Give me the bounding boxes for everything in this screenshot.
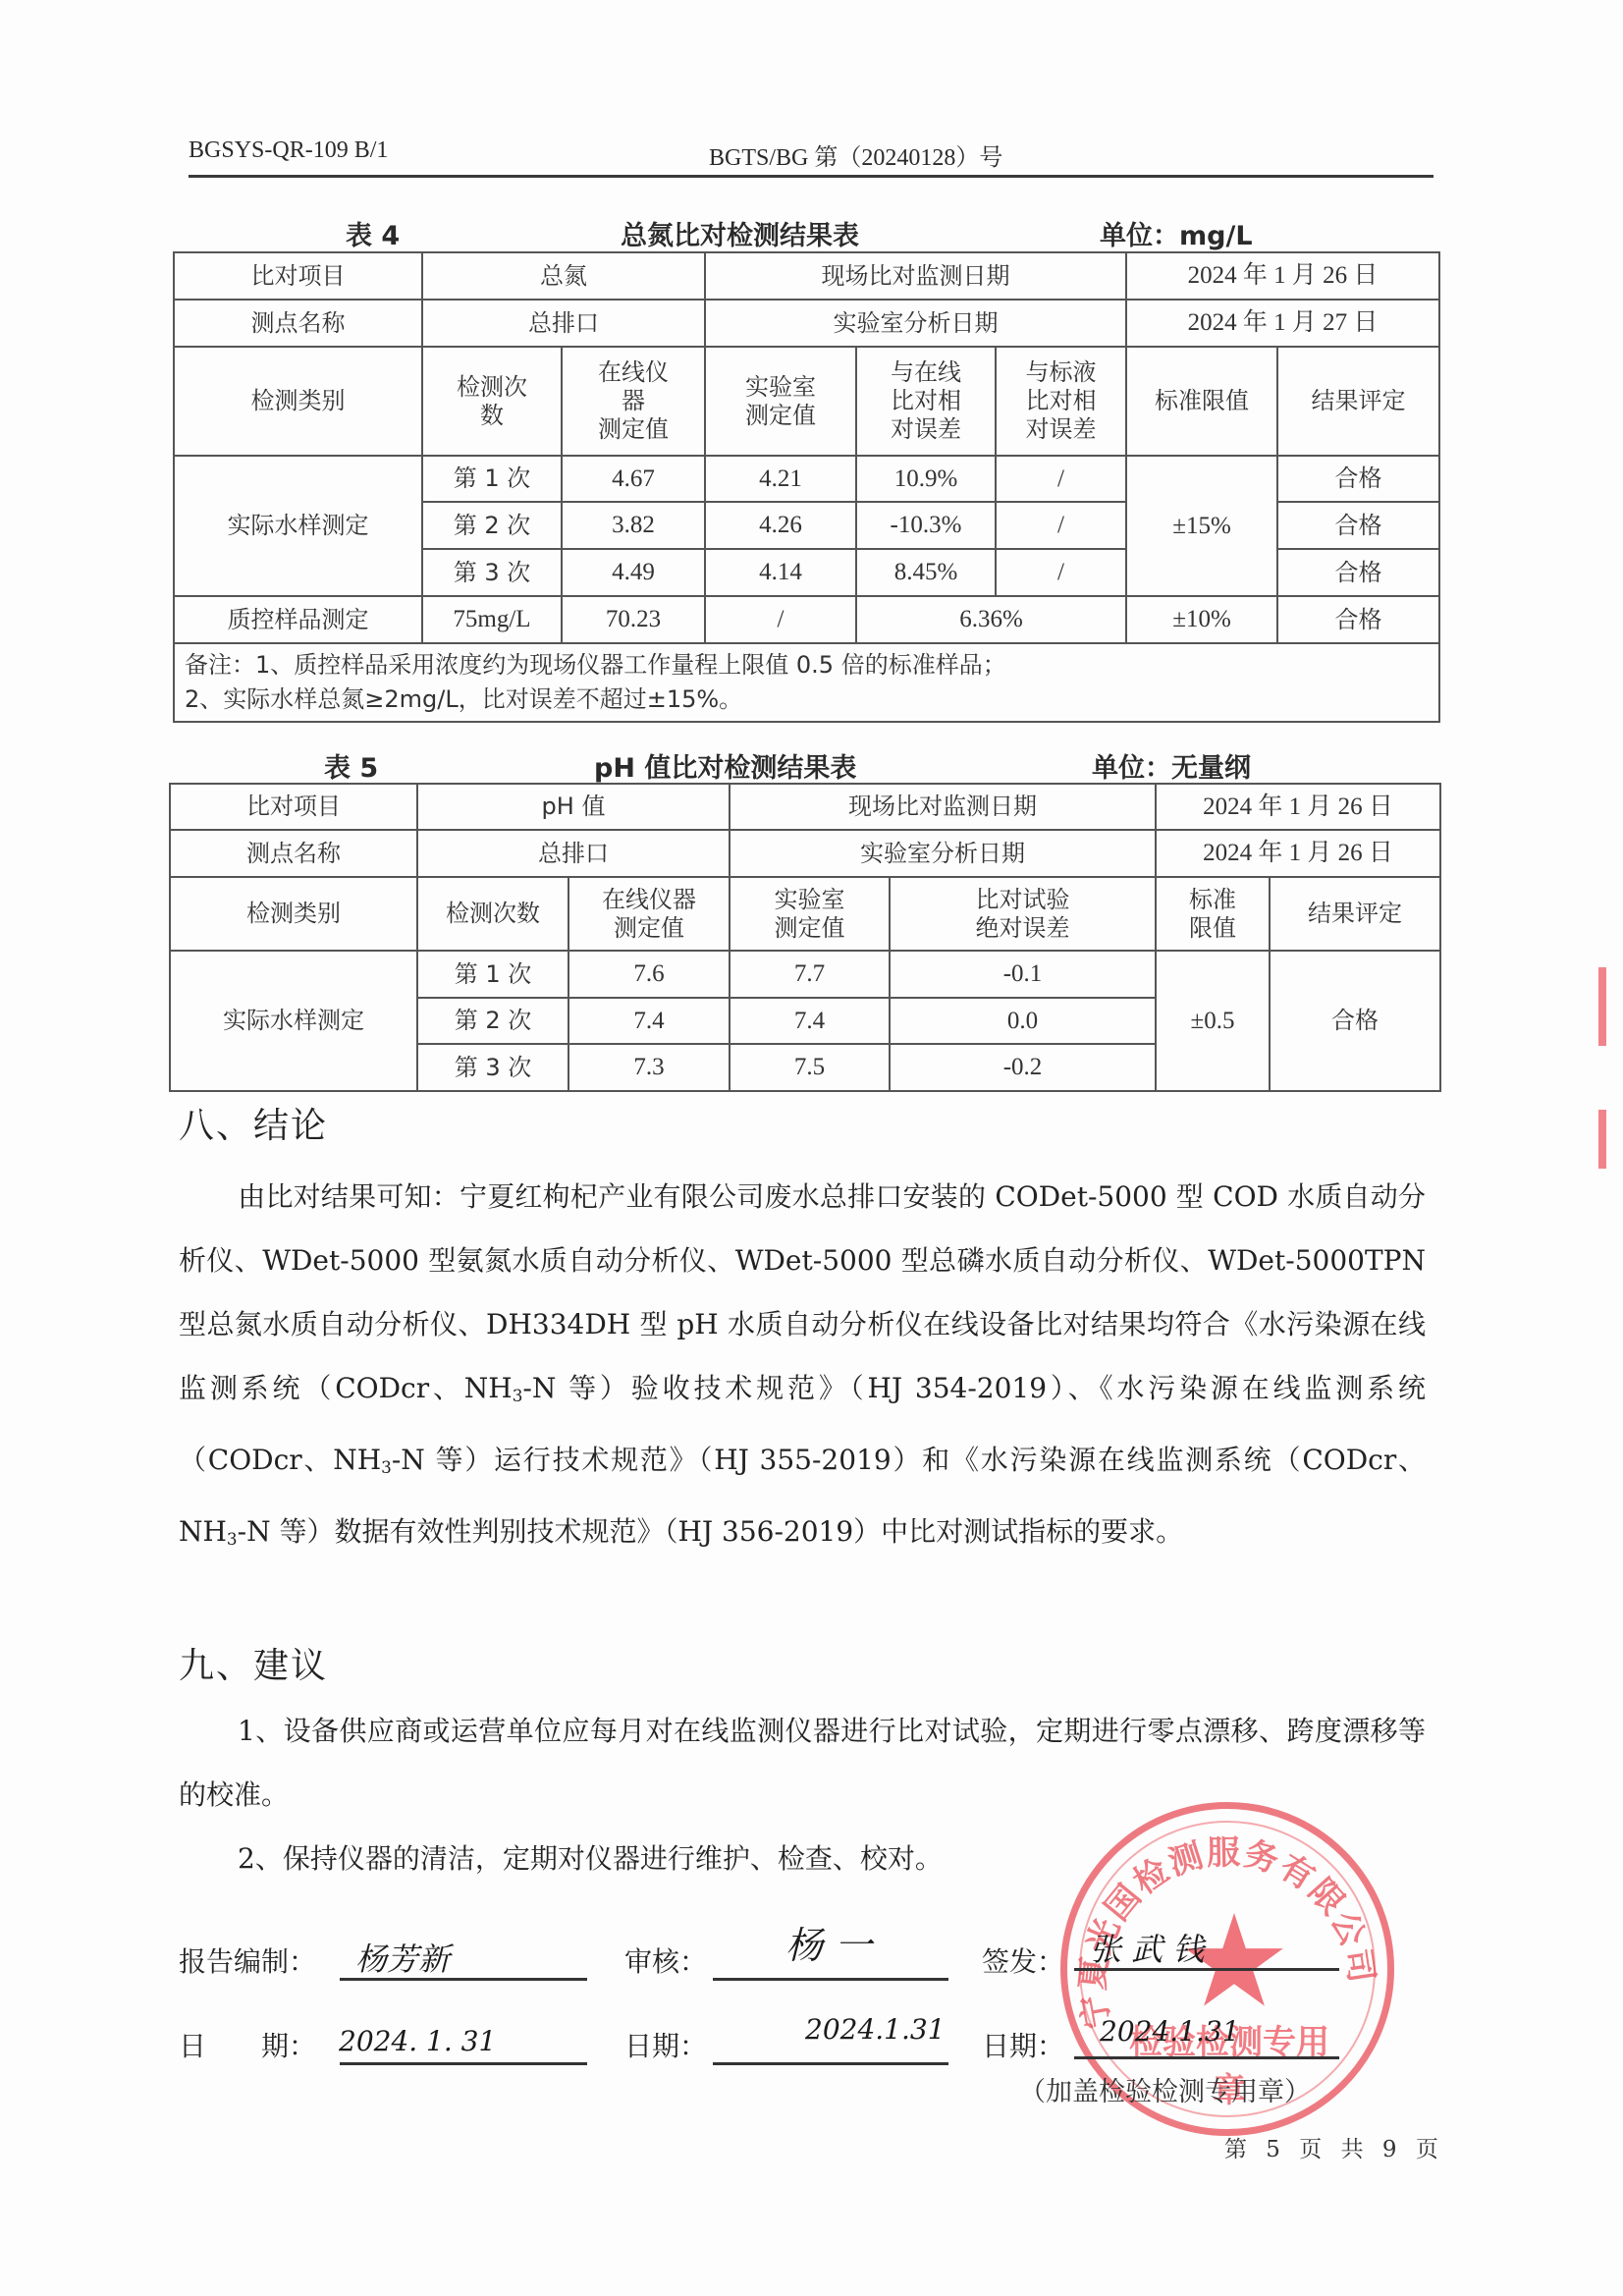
- col-header: 标准限值: [1126, 347, 1277, 456]
- table4-meta-row: 比对项目 总氮 现场比对监测日期 2024 年 1 月 26 日: [174, 252, 1439, 300]
- lab-value: 4.14: [705, 549, 856, 596]
- online-value: 3.82: [562, 502, 705, 549]
- header-line: 标准: [1189, 886, 1236, 913]
- suggestion-text: 1、设备供应商或运营单位应每月对在线监测仪器进行比对试验，定期进行零点漂移、跨度…: [179, 1715, 1426, 1811]
- header-line: 数: [480, 402, 504, 429]
- col-header: 检测类别: [174, 347, 422, 456]
- qc-limit: ±10%: [1126, 596, 1277, 643]
- meta-key: 测点名称: [170, 830, 417, 877]
- lab-value: 7.7: [730, 951, 890, 998]
- suggestion-text: 2、保持仪器的清洁，定期对仪器进行维护、检查、校对。: [238, 1842, 943, 1875]
- header-line: 实验室: [775, 886, 845, 913]
- table5-header-row: 检测类别 检测次数 在线仪器测定值 实验室测定值 比对试验绝对误差 标准限值 结…: [170, 877, 1440, 951]
- col-header: 检测次数: [417, 877, 568, 951]
- result-cell: 合格: [1270, 951, 1440, 1091]
- form-code: BGSYS-QR-109 B/1: [189, 137, 388, 164]
- count-cell: 第 1 次: [422, 456, 562, 502]
- header-line: 与在线: [891, 358, 961, 386]
- result-cell: 合格: [1277, 502, 1439, 549]
- table4-total-nitrogen: 比对项目 总氮 现场比对监测日期 2024 年 1 月 26 日 测点名称 总排…: [173, 251, 1440, 723]
- online-value: 7.3: [568, 1044, 730, 1091]
- result-cell: 合格: [1277, 549, 1439, 596]
- rel-error-online: 8.45%: [856, 549, 996, 596]
- rel-error-std: /: [996, 456, 1126, 502]
- online-value: 4.67: [562, 456, 705, 502]
- col-header: 结果评定: [1277, 347, 1439, 456]
- count-cell: 第 3 次: [422, 549, 562, 596]
- date-label-1: 日 期：: [179, 2025, 316, 2064]
- col-header: 实验室测定值: [730, 877, 890, 951]
- prepared-by-line: [340, 1978, 587, 1981]
- lab-value: 4.21: [705, 456, 856, 502]
- col-header: 检测类别: [170, 877, 417, 951]
- date-line-2: [713, 2062, 948, 2065]
- count-cell: 第 2 次: [422, 502, 562, 549]
- suggestion-item: 1、设备供应商或运营单位应每月对在线监测仪器进行比对试验，定期进行零点漂移、跨度…: [179, 1699, 1426, 1827]
- count-cell: 第 1 次: [417, 951, 568, 998]
- issued-by-label: 签发：: [982, 1941, 1064, 1980]
- result-cell: 合格: [1277, 456, 1439, 502]
- table4-unit: 单位：mg/L: [1100, 214, 1253, 252]
- standard-limit: ±15%: [1126, 456, 1277, 596]
- seam-stamp-fragment: [1598, 1110, 1606, 1169]
- table4-title: 总氮比对检测结果表: [621, 214, 859, 252]
- seam-stamp-fragment: [1598, 967, 1606, 1046]
- header-line: 绝对误差: [976, 914, 1070, 942]
- abs-error: -0.1: [890, 951, 1156, 998]
- col-header: 在线仪器测定值: [562, 347, 705, 456]
- issued-by-signature: 张 武 钱: [1090, 1925, 1204, 1970]
- date-value-1: 2024. 1. 31: [339, 2025, 496, 2057]
- date-line-1: [340, 2062, 587, 2065]
- qc-row: 质控样品测定 75mg/L 70.23 / 6.36% ±10% 合格: [174, 596, 1439, 643]
- table4-label: 表 4: [346, 214, 400, 252]
- table4-meta-row: 测点名称 总排口 实验室分析日期 2024 年 1 月 27 日: [174, 300, 1439, 347]
- date-value-2: 2024.1.31: [805, 2013, 946, 2046]
- header-line: 实验室: [745, 373, 816, 401]
- meta-value: 总排口: [417, 830, 730, 877]
- header-line: 对误差: [891, 415, 961, 443]
- meta-key: 现场比对监测日期: [705, 252, 1126, 300]
- header-line: 比对相: [891, 387, 961, 414]
- conclusion-text: 由比对结果可知：宁夏红枸杞产业有限公司废水总排口安装的 CODet-5000 型…: [179, 1180, 1426, 1404]
- rel-error-std: /: [996, 549, 1126, 596]
- group-label: 实际水样测定: [170, 951, 417, 1091]
- meta-key: 测点名称: [174, 300, 422, 347]
- col-header: 与在线比对相对误差: [856, 347, 996, 456]
- qc-online-value: 70.23: [562, 596, 705, 643]
- note-line: 2、实际水样总氮≥2mg/L，比对误差不超过±15%。: [185, 685, 742, 713]
- suggestion-item: 2、保持仪器的清洁，定期对仪器进行维护、检查、校对。: [179, 1827, 1426, 1890]
- abs-error: -0.2: [890, 1044, 1156, 1091]
- meta-date: 2024 年 1 月 27 日: [1126, 300, 1439, 347]
- abs-error: 0.0: [890, 998, 1156, 1044]
- col-header: 与标液比对相对误差: [996, 347, 1126, 456]
- rel-error-std: /: [996, 502, 1126, 549]
- qc-concentration: 75mg/L: [422, 596, 562, 643]
- reviewed-by-line: [713, 1978, 948, 1981]
- meta-key: 现场比对监测日期: [730, 784, 1156, 830]
- meta-date: 2024 年 1 月 26 日: [1126, 252, 1439, 300]
- date-label-3: 日期：: [982, 2025, 1064, 2064]
- rel-error-online: 10.9%: [856, 456, 996, 502]
- col-header: 在线仪器测定值: [568, 877, 730, 951]
- header-line: 测定值: [598, 415, 669, 443]
- header-line: 测定值: [775, 914, 845, 942]
- table-row: 实际水样测定 第 1 次 7.6 7.7 -0.1 ±0.5 合格: [170, 951, 1440, 998]
- table5-unit: 单位：无量纲: [1092, 746, 1251, 785]
- date-line-3: [1074, 2056, 1339, 2059]
- prepared-by-label: 报告编制：: [179, 1941, 316, 1980]
- online-value: 7.6: [568, 951, 730, 998]
- meta-key: 比对项目: [170, 784, 417, 830]
- stamp-note: （加盖检验检测专用章）: [1019, 2070, 1311, 2108]
- count-cell: 第 2 次: [417, 998, 568, 1044]
- header-line: 检测次: [457, 373, 527, 401]
- table5-ph: 比对项目 pH 值 现场比对监测日期 2024 年 1 月 26 日 测点名称 …: [169, 783, 1441, 1092]
- qc-lab-value: /: [705, 596, 856, 643]
- report-number: BGTS/BG 第（20240128）号: [709, 137, 1002, 172]
- suggestions-heading: 九、建议: [179, 1638, 328, 1688]
- notes-cell: 备注：1、质控样品采用浓度约为现场仪器工作量程上限值 0.5 倍的标准样品；2、…: [174, 643, 1439, 722]
- meta-key: 比对项目: [174, 252, 422, 300]
- header-line: 比对相: [1026, 387, 1097, 414]
- count-cell: 第 3 次: [417, 1044, 568, 1091]
- header-line: 在线仪: [598, 358, 669, 386]
- conclusion-paragraph: 由比对结果可知：宁夏红枸杞产业有限公司废水总排口安装的 CODet-5000 型…: [179, 1165, 1426, 1572]
- subscript: 3: [513, 1386, 523, 1405]
- table4-header-row: 检测类别 检测次数 在线仪器测定值 实验室测定值 与在线比对相对误差 与标液比对…: [174, 347, 1439, 456]
- table5-label: 表 5: [324, 746, 378, 785]
- subscript: 3: [227, 1530, 238, 1550]
- lab-value: 7.5: [730, 1044, 890, 1091]
- lab-value: 4.26: [705, 502, 856, 549]
- reviewed-by-signature: 杨 一: [785, 1915, 872, 1969]
- meta-date: 2024 年 1 月 26 日: [1156, 830, 1440, 877]
- meta-value: pH 值: [417, 784, 730, 830]
- col-header: 比对试验绝对误差: [890, 877, 1156, 951]
- table-row: 实际水样测定 第 1 次 4.67 4.21 10.9% / ±15% 合格: [174, 456, 1439, 502]
- meta-key: 实验室分析日期: [730, 830, 1156, 877]
- meta-key: 实验室分析日期: [705, 300, 1126, 347]
- issued-by-line: [1074, 1968, 1339, 1971]
- header-line: 在线仪器: [602, 886, 696, 913]
- note-line: 备注：1、质控样品采用浓度约为现场仪器工作量程上限值 0.5 倍的标准样品；: [185, 651, 1006, 679]
- standard-limit: ±0.5: [1156, 951, 1270, 1091]
- suggestions-list: 1、设备供应商或运营单位应每月对在线监测仪器进行比对试验，定期进行零点漂移、跨度…: [179, 1699, 1426, 1890]
- header-line: 测定值: [614, 914, 684, 942]
- rel-error-online: -10.3%: [856, 502, 996, 549]
- conclusion-text: -N 等）数据有效性判别技术规范》（HJ 356-2019）中比对测试指标的要求…: [238, 1515, 1184, 1548]
- lab-value: 7.4: [730, 998, 890, 1044]
- table5-meta-row: 测点名称 总排口 实验室分析日期 2024 年 1 月 26 日: [170, 830, 1440, 877]
- header-line: 限值: [1189, 914, 1236, 942]
- col-header: 标准限值: [1156, 877, 1270, 951]
- col-header: 实验室测定值: [705, 347, 856, 456]
- date-value-3: 2024.1.31: [1100, 2015, 1240, 2048]
- header-line: 测定值: [745, 402, 816, 429]
- date-label-2: 日期：: [624, 2025, 707, 2064]
- col-header: 检测次数: [422, 347, 562, 456]
- table5-title: pH 值比对检测结果表: [594, 746, 856, 785]
- conclusion-heading: 八、结论: [179, 1098, 328, 1148]
- group-label: 实际水样测定: [174, 456, 422, 596]
- header-line: 对误差: [1026, 415, 1097, 443]
- prepared-by-signature: 杨芳新: [355, 1935, 450, 1980]
- qc-rel-error: 6.36%: [856, 596, 1126, 643]
- header-line: 器: [622, 387, 645, 414]
- header-line: 与标液: [1026, 358, 1097, 386]
- qc-label: 质控样品测定: [174, 596, 422, 643]
- page-header: BGSYS-QR-109 B/1 BGTS/BG 第（20240128）号: [189, 137, 1434, 178]
- online-value: 4.49: [562, 549, 705, 596]
- header-line: 比对试验: [976, 886, 1070, 913]
- page-number: 第 5 页 共 9 页: [1224, 2131, 1444, 2163]
- qc-result: 合格: [1277, 596, 1439, 643]
- notes-row: 备注：1、质控样品采用浓度约为现场仪器工作量程上限值 0.5 倍的标准样品；2、…: [174, 643, 1439, 722]
- online-value: 7.4: [568, 998, 730, 1044]
- meta-value: 总排口: [422, 300, 705, 347]
- reviewed-by-label: 审核：: [624, 1941, 707, 1980]
- col-header: 结果评定: [1270, 877, 1440, 951]
- meta-date: 2024 年 1 月 26 日: [1156, 784, 1440, 830]
- meta-value: 总氮: [422, 252, 705, 300]
- table5-meta-row: 比对项目 pH 值 现场比对监测日期 2024 年 1 月 26 日: [170, 784, 1440, 830]
- subscript: 3: [381, 1457, 392, 1477]
